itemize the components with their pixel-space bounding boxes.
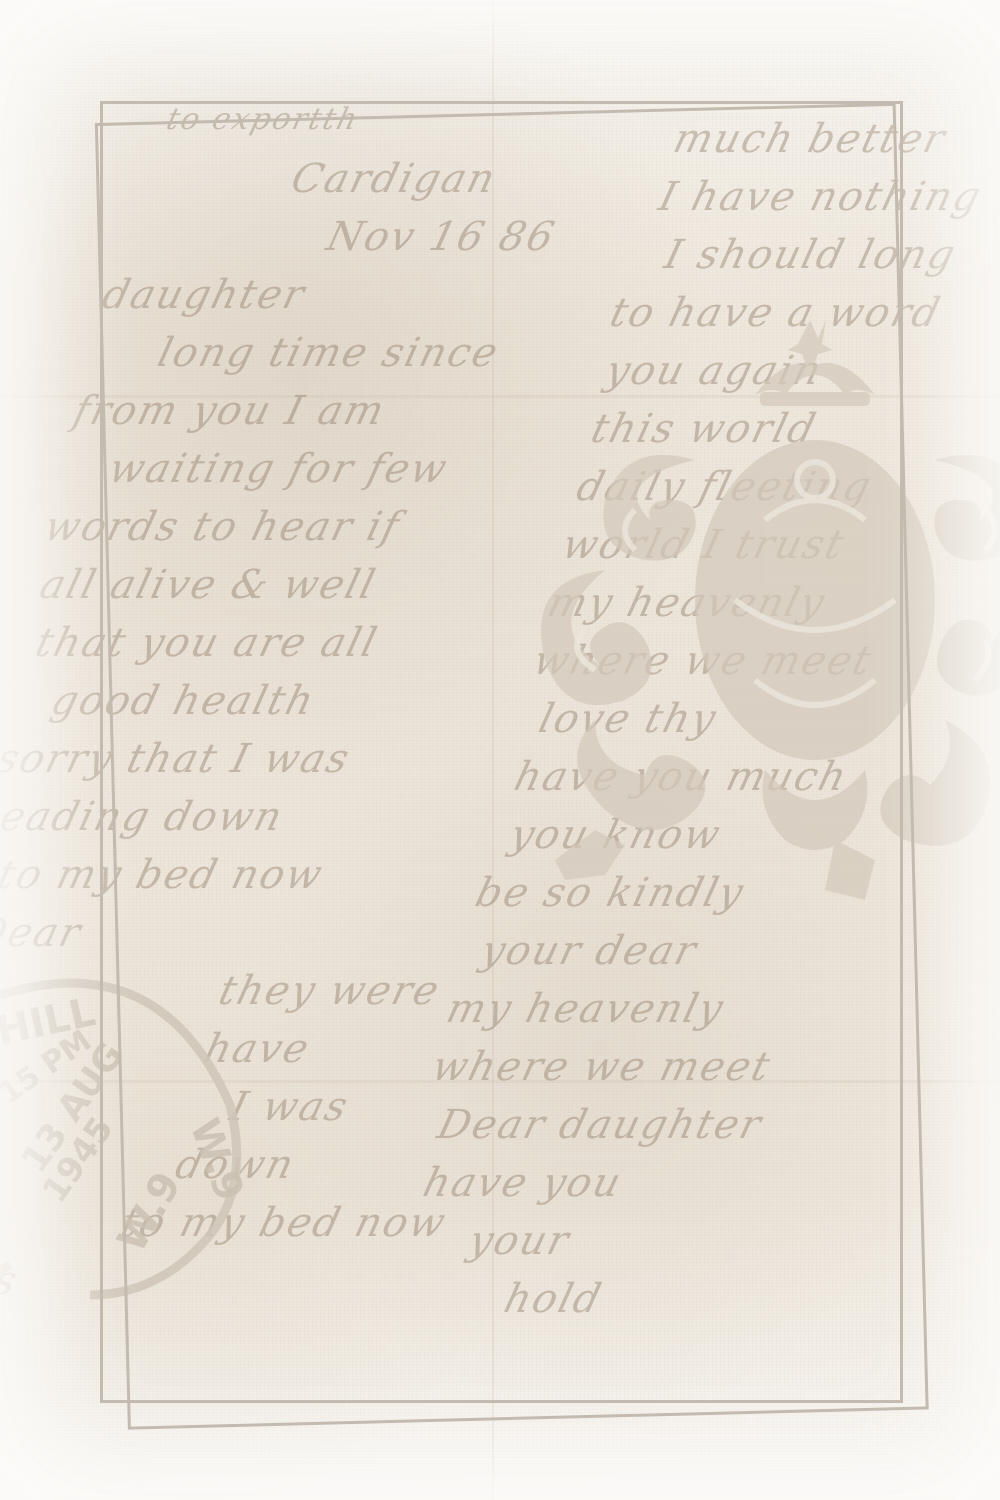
frame-border-inner-tilted: [95, 103, 929, 1430]
